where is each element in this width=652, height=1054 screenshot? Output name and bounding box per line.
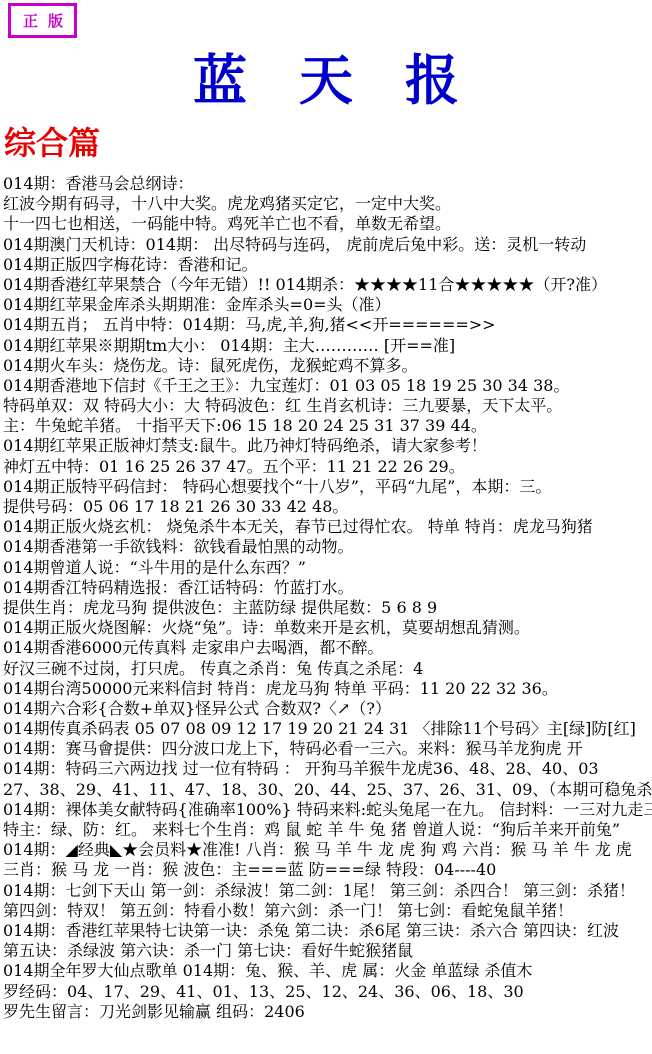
text-line: 014期红苹果※期期tm大小： 014期：主大………… [开==准] <box>3 336 652 356</box>
text-line: 罗经码：04、17、29、41、01、13、25、12、24、36、06、18、… <box>3 982 652 1002</box>
text-line: 特主：绿、防：红。 来料七个生肖：鸡 鼠 蛇 羊 牛 兔 猪 曾道人说：“狗后羊… <box>3 820 652 840</box>
text-line: 014期：香港马会总纲诗： <box>3 174 652 194</box>
text-line: 014期红苹果金库杀头期期准：金库杀头=0=头（准） <box>3 295 652 315</box>
text-line: 27、38、29、41、11、47、18、30、20、44、25、37、26、3… <box>3 780 652 800</box>
text-line: 十一四七也相送，一码能中特。鸡死羊亡也不看，单数无希望。 <box>3 214 652 234</box>
content-lines: 014期：香港马会总纲诗：红波今期有码寻，十八中大奖。虎龙鸡猪买定它，一定中大奖… <box>3 174 652 1022</box>
text-line: 014期正版特平码信封： 特码心想要找个“十八岁”，平码“九尾”，本期：三。 <box>3 477 652 497</box>
text-line: 好汉三碗不过岗，打只虎。 传真之杀肖：兔 传真之杀尾：4 <box>3 659 652 679</box>
text-line: 014期全年罗大仙点歌单 014期：兔、猴、羊、虎 属：火金 单蓝绿 杀值木 <box>3 961 652 981</box>
text-line: 014期正版四字梅花诗：香港和记。 <box>3 255 652 275</box>
text-line: 014期：裸体美女献特码{准确率100%} 特码来料:蛇头兔尾一在九。 信封料：… <box>3 800 652 820</box>
text-line: 红波今期有码寻，十八中大奖。虎龙鸡猪买定它，一定中大奖。 <box>3 194 652 214</box>
text-line: 014期曾道人说：“斗牛用的是什么东西？” <box>3 558 652 578</box>
text-line: 014期火车头：烧伤龙。诗：鼠死虎伤，龙猴蛇鸡不算多。 <box>3 356 652 376</box>
text-line: 神灯五中特：01 16 25 26 37 47。五个平：11 21 22 26 … <box>3 457 652 477</box>
text-line: 014期六合彩{合数+单双}怪异公式 合数双?〈↗（?） <box>3 699 652 719</box>
text-line: 三肖：猴 马 龙 一肖：猴 波色：主===蓝 防===绿 特段：04----40 <box>3 860 652 880</box>
text-line: 第五诀：杀绿波 第六诀：杀一门 第七诀：看好牛蛇猴猪鼠 <box>3 941 652 961</box>
section-heading: 综合篇 <box>4 118 100 164</box>
text-line: 014期：特码三六两边找 过一位有特码 ： 开狗马羊猴牛龙虎36、48、28、4… <box>3 759 652 779</box>
authenticity-badge: 正版 <box>8 3 77 38</box>
text-line: 014期正版火烧玄机： 烧兔杀牛本无关，春节已过得忙农。 特单 特肖：虎龙马狗猪 <box>3 517 652 537</box>
text-line: 提供号码：05 06 17 18 21 26 30 33 42 48。 <box>3 497 652 517</box>
text-line: 014期：◢经典◣★会员料★准准! 八肖：猴 马 羊 牛 龙 虎 狗 鸡 六肖：… <box>3 840 652 860</box>
text-line: 第四剑：特双！ 第五剑：特看小数！第六剑：杀一门！ 第七剑：看蛇兔鼠羊猪！ <box>3 901 652 921</box>
text-line: 014期香港红苹果禁合（今年无错）!! 014期杀：★★★★11合★★★★★（开… <box>3 275 652 295</box>
text-line: 014期：七剑下天山 第一剑：杀绿波！第二剑：1尾！ 第三剑：杀四合！ 第三剑：… <box>3 881 652 901</box>
text-line: 014期传真杀码表 05 07 08 09 12 17 19 20 21 24 … <box>3 719 652 739</box>
text-line: 特码单双：双 特码大小：大 特码波色：红 生肖玄机诗：三九要暴，天下太平。 <box>3 396 652 416</box>
text-line: 014期香港地下信封《千王之王》：九宝莲灯：01 03 05 18 19 25 … <box>3 376 652 396</box>
text-line: 014期：香港红苹果特七诀第一诀：杀兔 第二诀：杀6尾 第三诀：杀六合 第四诀：… <box>3 921 652 941</box>
text-line: 提供生肖：虎龙马狗 提供波色：主蓝防绿 提供尾数：5 6 8 9 <box>3 598 652 618</box>
text-line: 014期香港6000元传真料 走家串户去喝酒，都不醉。 <box>3 638 652 658</box>
text-line: 014期香江特码精选报：香江话特码：竹蓝打水。 <box>3 578 652 598</box>
text-line: 014期红苹果正版神灯禁支:鼠牛。此乃神灯特码绝杀，请大家参考！ <box>3 436 652 456</box>
text-line: 014期台湾50000元来料信封 特肖：虎龙马狗 特单 平码：11 20 22 … <box>3 679 652 699</box>
text-line: 罗先生留言：刀光剑影见输赢 组码：2406 <box>3 1002 652 1022</box>
text-line: 主：牛兔蛇羊猪。 十指平天下:06 15 18 20 24 25 31 37 3… <box>3 416 652 436</box>
text-line: 014期：赛马會提供：四分波口龙上下，特码必看一三六。来料：猴马羊龙狗虎 开 <box>3 739 652 759</box>
text-line: 014期澳门天机诗：014期： 出尽特码与连码， 虎前虎后兔中彩。送：灵机一转动 <box>3 235 652 255</box>
newspaper-title: 蓝天报 <box>0 38 652 115</box>
text-line: 014期五肖； 五肖中特：014期：马,虎,羊,狗,猪<<开======>> <box>3 315 652 335</box>
text-line: 014期香港第一手欲钱料：欲钱看最怕黑的动物。 <box>3 537 652 557</box>
text-line: 014期正版火烧图解：火烧“兔”。诗：单数来开是玄机，莫要胡想乱猜测。 <box>3 618 652 638</box>
